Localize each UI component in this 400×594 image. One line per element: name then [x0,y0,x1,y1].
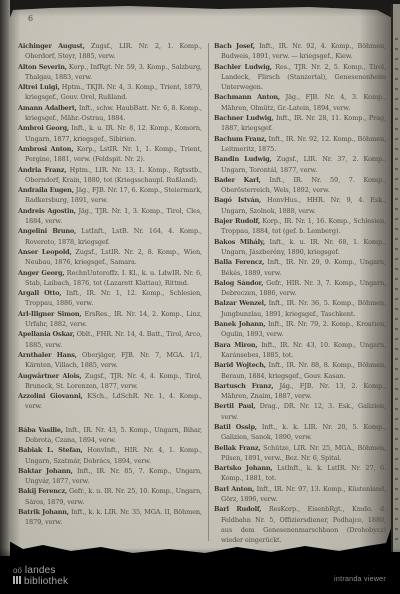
directory-entry: Amann Adalbert, Inft., schw. HaubBatt. N… [18,103,202,124]
directory-entry: Bachner Ludwig, Inft., IR. Nr. 28, 11. K… [214,113,386,134]
directory-entry: Bader Karl, Inft., IR. Nr. 59, 7. Komp.,… [214,175,386,196]
logo-line2: bibliothek [24,576,68,587]
directory-entry: Bellak Franz, Schütze, LIR. Nr. 25, MGA.… [214,443,386,464]
next-page-edge [391,4,400,552]
directory-entry: Batrik Johann, Inft., k. k. LIR. Nr. 35,… [18,507,202,528]
directory-entry: Aichinger August, Zugsf., LIR. Nr. 2, 1.… [18,41,202,62]
directory-entry: Azzolini Giovanni, KSch., LdSchR. Nr. 1,… [18,391,202,412]
directory-entry: Bajer Rudolf, Korp., IR. Nr. 1, 16. Komp… [214,216,386,237]
scan-left-edge-shadow [0,0,10,556]
directory-entry: Argall Otto, Inft., IR. Nr. 1, 12. Komp.… [18,288,202,309]
column-divider-rule [208,43,209,541]
logo-bars-icon [13,576,22,584]
directory-entry: Andreis Agostin, Jäg., TJR. Nr. 1, 3. Ko… [18,206,202,227]
directory-entry: Bachum Franz, Inft., IR. Nr. 92, 12. Kom… [214,134,386,155]
directory-entry: Ambroi Georg, Inft., k. u. IR. Nr. 8, 12… [18,123,202,144]
intranda-viewer-window: 6 Aichinger August, Zugsf., LIR. Nr. 2, … [0,0,400,594]
logo-prefix: oö [13,565,22,576]
directory-entry: Arl-Illgner Simon, ErsRes., IR. Nr. 14, … [18,309,202,330]
left-column: Aichinger August, Zugsf., LIR. Nr. 2, 1.… [18,41,202,547]
directory-columns: Aichinger August, Zugsf., LIR. Nr. 2, 1.… [18,41,386,547]
directory-entry: Bartsko Johann, LstInft., k. k. LstIR. N… [214,463,386,484]
directory-entry: Baktar Johann, Inft., IR. Nr. 85, 7. Kom… [18,466,202,487]
directory-entry: Bachmann Anton, Jäg., FJB. Nr. 4, 3. Kom… [214,92,386,113]
directory-entry: Anser Leopold, Zugsf., LstIR. Nr. 2, 8. … [18,247,202,268]
directory-entry: Barid Wojtech, Inft., IR. Nr. 88, 8. Kom… [214,360,386,381]
page-number: 6 [28,14,33,23]
right-column: Bach Josef, Inft., IR. Nr. 92, 4. Komp.,… [214,41,386,547]
logo-line1: landes [25,565,56,576]
directory-entry: Bartusch Franz, Jäg., FJB. Nr. 13, 2. Ko… [214,381,386,402]
directory-entry: Andraila Eugen, Jäg., FJB. Nr. 17, 6. Ko… [18,185,202,206]
directory-entry: Bandin Ludwig, Zugsf., LIR. Nr. 37, 2. K… [214,154,386,175]
directory-entry: Barl Anton, Inft., IR. Nr. 97, 13. Komp.… [214,484,386,505]
directory-entry: Babiak L. Stefan, HonvInft., HIR. Nr. 4,… [18,445,202,466]
directory-entry: Balzar Wenzel, Inft., IR. Nr. 36, 5. Kom… [214,298,386,319]
directory-entry: Bara Miron, Inft., IR. Nr. 43, 10. Komp.… [214,340,386,361]
directory-entry: Anger Georg, RechnUnteroffz. I. Kl., k. … [18,268,202,289]
directory-entry: Ambrosi Anton, Korp., LstIR. Nr. 1, 1. K… [18,144,202,165]
directory-entry: Batil Ossip, Inft., k. k. LIR. Nr. 20, 5… [214,422,386,443]
directory-entry: Altrei Luigi, Hptm., TKJR. Nr. 4, 3. Kom… [18,82,202,103]
directory-entry: Bachler Ludwig, Res., TJR. Nr. 2, 5. Kom… [214,62,386,93]
directory-entry: Barl Rudolf, ResKorp., EisenbRgt., Kmdo.… [214,504,386,545]
directory-entry: Apellania Oskar, Oblt., FHR. Nr. 14, 4. … [18,329,202,350]
directory-entry: Bakos Mihály, Inft., k. u. IR. Nr. 68, 1… [214,237,386,258]
directory-entry: Bagó István, HonvHus., HHR. Nr. 9, 4. Es… [214,195,386,216]
directory-entry: Bakij Ferencz, Gefr., k. u. IR. Nr. 25, … [18,486,202,507]
directory-entry: Balog Sándor, Gefr., HIR. Nr. 3, 7. Komp… [214,278,386,299]
directory-entry: Augwärtner Alois, Zugsf., TJR. Nr. 4, 4.… [18,371,202,392]
section-gap [18,412,202,425]
directory-entry: Banek Johann, Inft., IR. Nr. 79, 2. Komp… [214,319,386,340]
library-logo[interactable]: oö landes bibliothek [13,565,68,587]
directory-entry: Alton Severin, Korp., InfRgt. Nr. 59, 3.… [18,62,202,83]
scanned-page[interactable]: 6 Aichinger August, Zugsf., LIR. Nr. 2, … [9,6,394,555]
directory-entry: Bába Vasilie, Inft., IR. Nr. 43, 5. Komp… [18,425,202,446]
section-b-entries: Bába Vasilie, Inft., IR. Nr. 43, 5. Komp… [18,425,202,528]
directory-entry: Balla Ferencz, Inft., IR. Nr. 29, 9. Kom… [214,257,386,278]
directory-entry: Bertil Paul, Drag., DR. Nr. 12, 3. Esk.,… [214,401,386,422]
intranda-viewer-link[interactable]: intranda viewer [334,576,386,583]
directory-entry: Arnthaler Hans, Oberjäger, FJB. Nr. 7, M… [18,350,202,371]
directory-entry: Bach Josef, Inft., IR. Nr. 92, 4. Komp.,… [214,41,386,62]
directory-entry: Angelini Bruno, LstInft., LstB. Nr. 164,… [18,226,202,247]
viewer-footer: oö landes bibliothek intranda viewer [0,548,400,594]
directory-entry: Andria Franz, Hptm., LIR. Nr. 13, 1. Kom… [18,165,202,186]
section-a-entries: Aichinger August, Zugsf., LIR. Nr. 2, 1.… [18,41,202,412]
